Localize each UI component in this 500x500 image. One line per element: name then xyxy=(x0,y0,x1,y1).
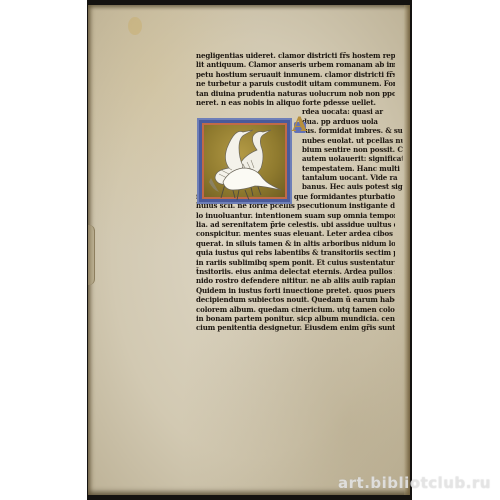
text-line: decipiendum subiectos nouit. Quedam ũ ea… xyxy=(196,295,395,304)
text-line: petu hostium seruauit inmunem. clamor di… xyxy=(196,70,395,79)
text-line: conspicitur. mentes suas eleuant. Leter … xyxy=(196,229,395,238)
text-line: Quidem in iustus forti inuectione pretet… xyxy=(196,286,395,295)
text-line: tan diuina prudentia naturas uolucrum no… xyxy=(196,89,395,98)
text-line: quia iustus qui rebs labentibs & transit… xyxy=(196,248,395,257)
text-line: banus. Hec auis potest signi xyxy=(302,182,402,191)
text-line: neret. n eas nobis in aliquo forte pdess… xyxy=(196,98,395,107)
watermark: art.bibliotclub.ru xyxy=(338,474,491,492)
text-line: cium penitentia designetur. Eiusdem enim… xyxy=(196,323,395,332)
text-line: querat. in siluis tamen & in altis arbor… xyxy=(196,239,395,248)
text-line: lit antiquum. Clamor anseris urbem roman… xyxy=(196,60,395,69)
text-line: bium sentire non possit. Cu xyxy=(302,145,402,154)
text-line: lia. ad serenitatem p̃rie celestis. ubi … xyxy=(196,220,395,229)
text-line: colorem album. quedam cinericium. utq ta… xyxy=(196,305,395,314)
text-line: in bonam partem ponitur. sicp album mund… xyxy=(196,314,395,323)
herons-illustration-icon xyxy=(199,120,294,206)
text-line: tantalum uocant. Vide ra xyxy=(302,173,402,182)
text-line: dua. pp arduos uola xyxy=(302,117,402,126)
heron-miniature xyxy=(197,118,292,204)
text-line: negligentias uideret. clamor districti f… xyxy=(196,51,395,60)
text-line: nubes euolat. ut pcellas nu xyxy=(302,136,402,145)
text-line: ne turbetur a paruis custodit uitam comm… xyxy=(196,79,395,88)
text-line: lo inuoluantur. intentionem suam sup omn… xyxy=(196,211,395,220)
text-line: in rariis sublimibq spem ponit. Et cuius… xyxy=(196,258,395,267)
decorated-initial: A xyxy=(291,114,308,134)
text-line: rdea uocata: quasi ar xyxy=(302,107,402,116)
text-line: nido rostro defendere nititur. ne ab ali… xyxy=(196,276,395,285)
stain-mark xyxy=(128,17,142,35)
text-line: autem uolauerit: significat xyxy=(302,154,402,163)
text-line: tempestatem. Hanc multi xyxy=(302,164,402,173)
text-line: tus. formidat imbres. & sup xyxy=(302,126,402,135)
page-edge-tab xyxy=(88,225,95,285)
text-line: t̃nsitoriis. eius anima delectat eternis… xyxy=(196,267,395,276)
